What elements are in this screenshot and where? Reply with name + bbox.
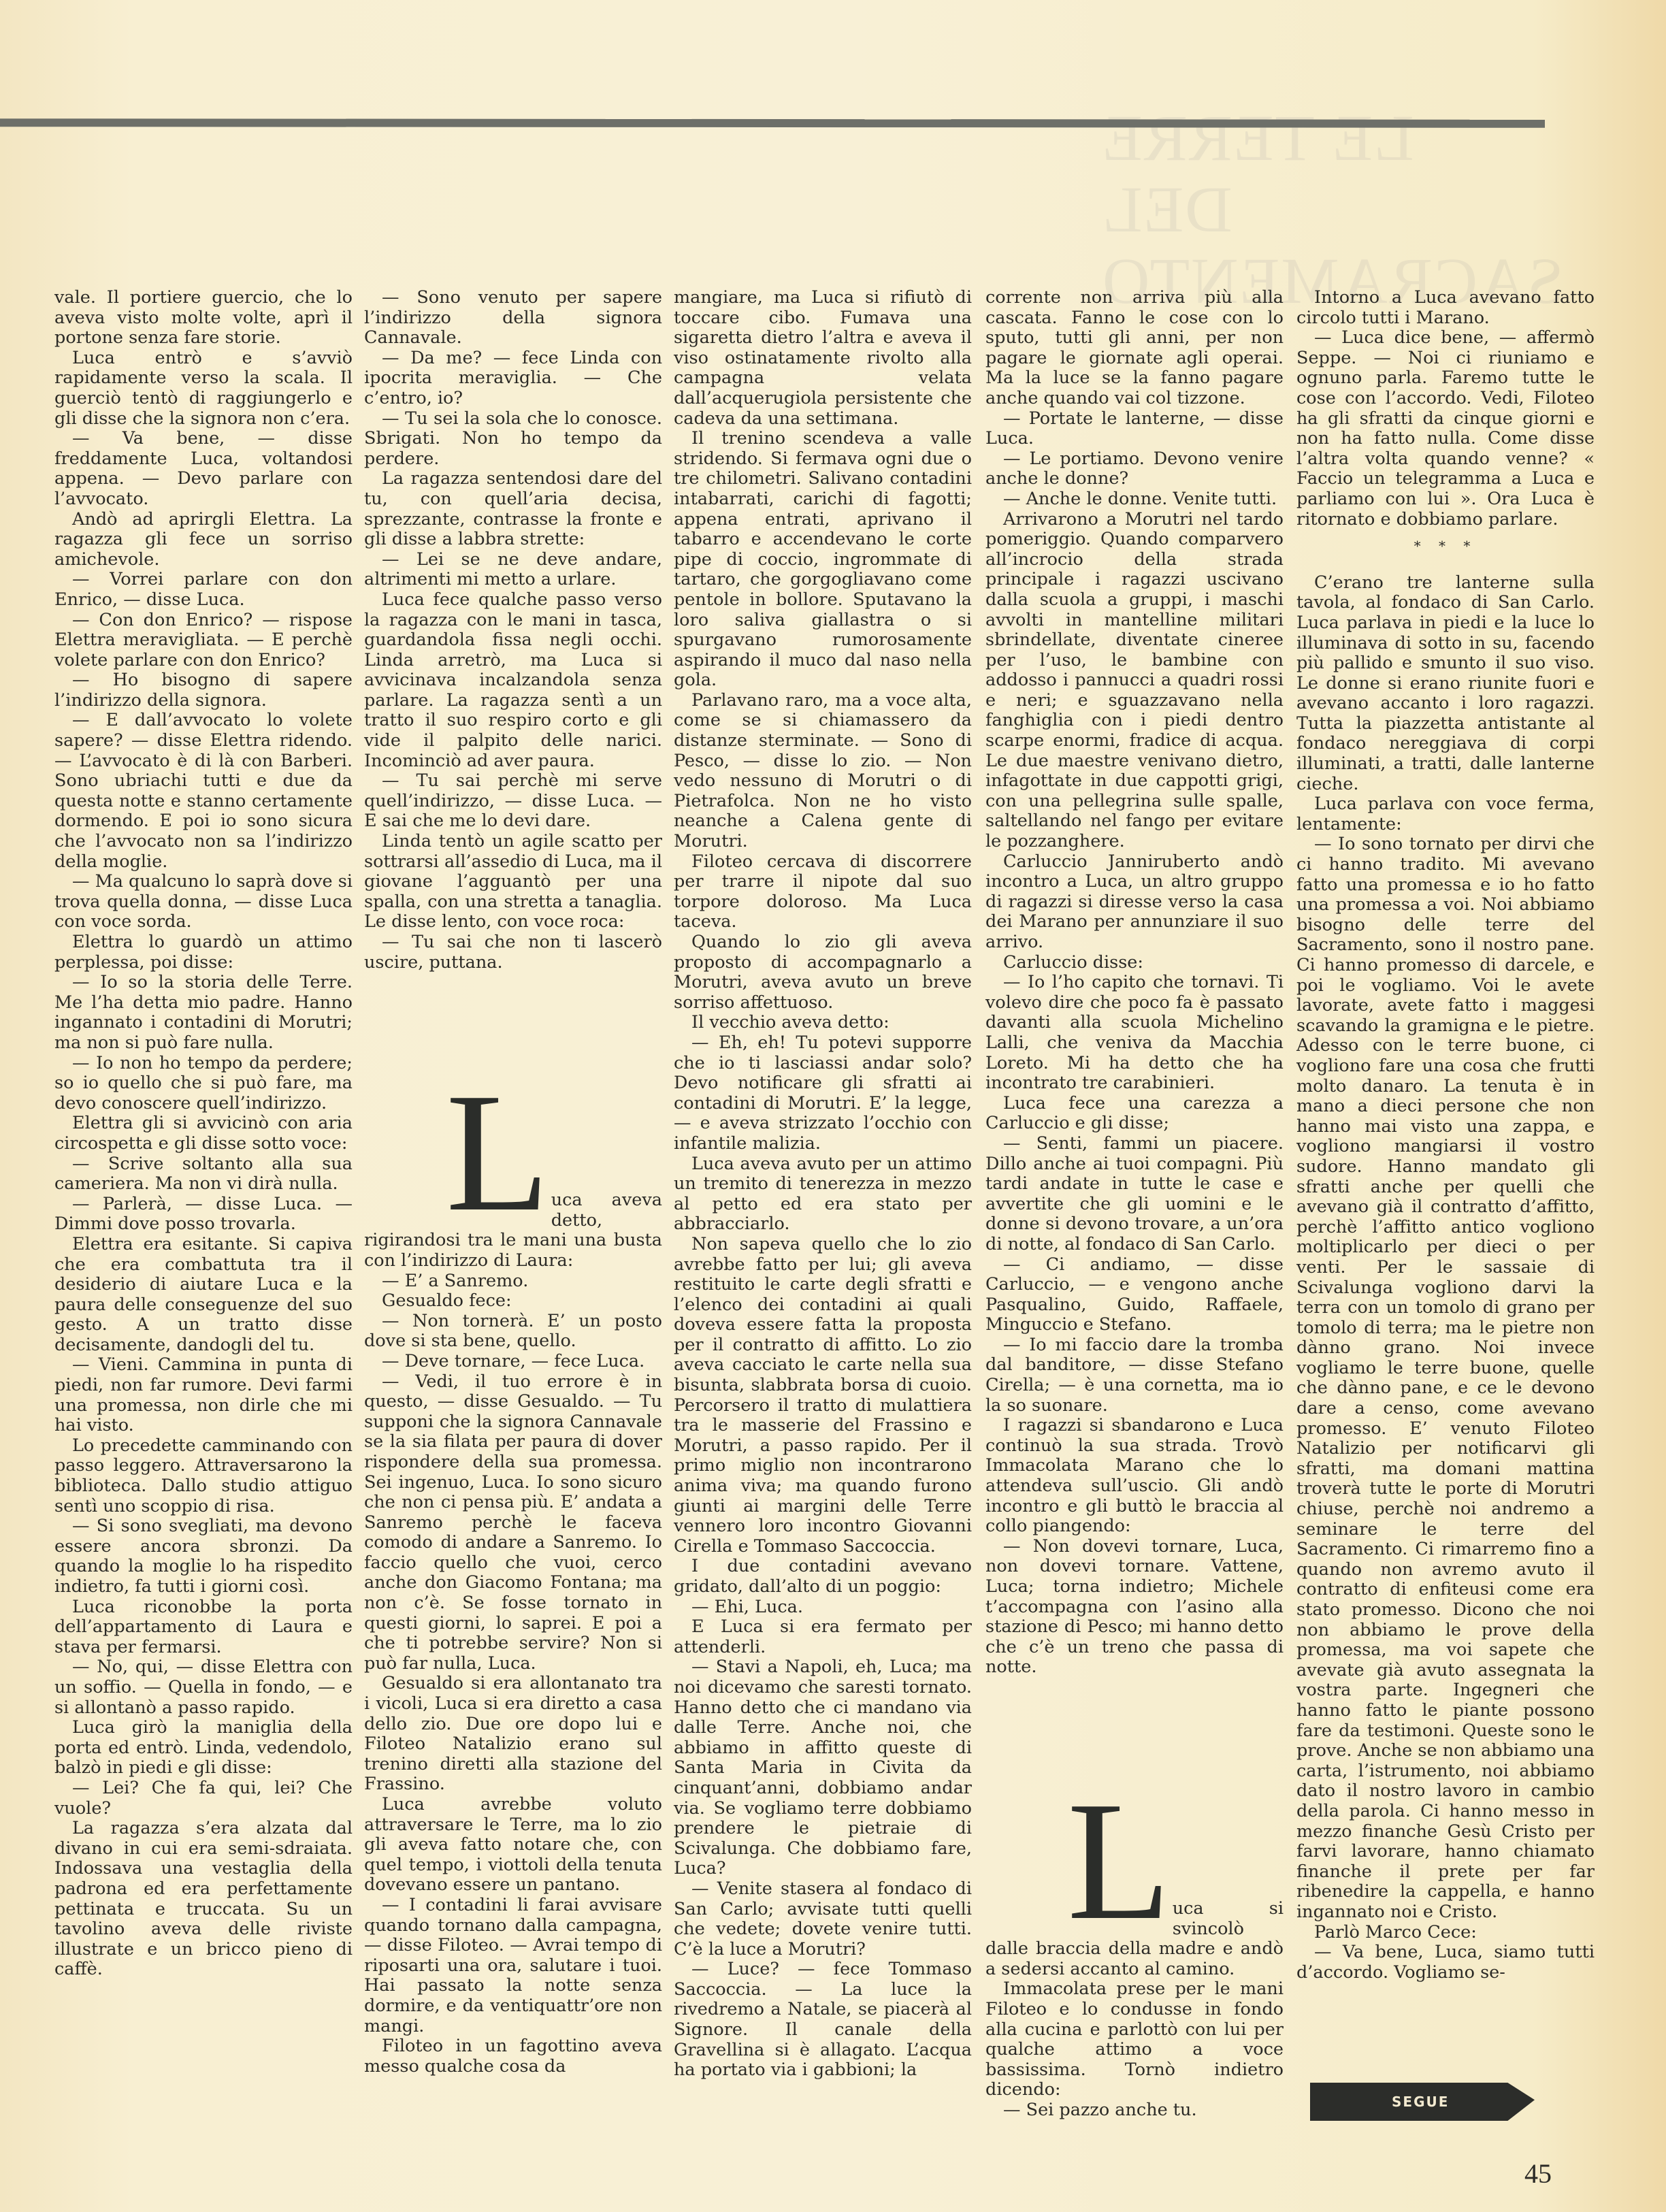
dropcap-paragraph: Luca si svincolò dalle braccia della mad…: [985, 1797, 1284, 1979]
paragraph: La ragazza sentendosi dare del tu, con q…: [364, 469, 662, 549]
paragraph: — Stavi a Napoli, eh, Luca; ma noi dicev…: [674, 1657, 972, 1879]
paragraph: — Deve tornare, — fece Luca.: [364, 1352, 662, 1372]
text-column-1: vale. Il portiere guercio, che lo aveva …: [54, 288, 353, 1980]
paragraph: — Anche le donne. Venite tutti.: [985, 489, 1284, 510]
paragraph: Immacolata prese per le mani Filoteo e l…: [985, 1979, 1284, 2100]
paragraph: — Tu sei la sola che lo conosce. Sbrigat…: [364, 409, 662, 470]
paragraph: — Lei se ne deve andare, altrimenti mi m…: [364, 550, 662, 590]
paragraph: Non sapeva quello che lo zio avrebbe fat…: [674, 1235, 972, 1557]
text-column-5: Intorno a Luca avevano fatto circolo tut…: [1296, 288, 1595, 1983]
paragraph: — Vieni. Cammina in punta di piedi, non …: [54, 1355, 353, 1435]
paragraph: Andò ad aprirgli Elettra. La ragazza gli…: [54, 510, 353, 570]
paragraph: — Non tornerà. E’ un posto dove si sta b…: [364, 1312, 662, 1352]
paragraph: — Io sono tornato per dirvi che ci hanno…: [1296, 834, 1595, 1922]
paragraph: — I contadini li farai avvisare quando t…: [364, 1896, 662, 2036]
section-separator: * * *: [1296, 536, 1595, 557]
paragraph: — No, qui, — disse Elettra con un soffio…: [54, 1657, 353, 1718]
dropcap-section: Luca aveva detto, rigirandosi tra le man…: [364, 1088, 662, 2077]
paragraph: mangiare, ma Luca si rifiutò di toccare …: [674, 288, 972, 429]
paragraph: — Luce? — fece Tommaso Saccoccia. — La l…: [674, 1959, 972, 2081]
paragraph: — Ho bisogno di sapere l’indirizzo della…: [54, 670, 353, 711]
bleed-through-title: LE TERRE DEL SACRAMENTO: [1101, 102, 1578, 316]
paragraph: — Senti, fammi un piacere. Dillo anche a…: [985, 1134, 1284, 1255]
paragraph: Linda tentò un agile scatto per sottrars…: [364, 832, 662, 932]
paragraph: — Io non ho tempo da perdere; so io quel…: [54, 1054, 353, 1114]
paragraph: Lo precedette camminando con passo legge…: [54, 1436, 353, 1516]
paragraph: Intorno a Luca avevano fatto circolo tut…: [1296, 288, 1595, 328]
paragraph: La ragazza s’era alzata dal divano in cu…: [54, 1819, 353, 1980]
paragraph: Luca fece una carezza a Carluccio e gli …: [985, 1094, 1284, 1134]
paragraph: Quando lo zio gli aveva proposto di acco…: [674, 932, 972, 1013]
paragraph: — Venite stasera al fondaco di San Carlo…: [674, 1879, 972, 1959]
drop-cap-letter: L: [446, 1088, 550, 1218]
paragraph: — Ci andiamo, — disse Carluccio, — e ven…: [985, 1255, 1284, 1335]
paragraph: — Vorrei parlare con don Enrico, — disse…: [54, 570, 353, 610]
paragraph: Filoteo in un fagottino aveva messo qual…: [364, 2036, 662, 2077]
drop-cap-letter: L: [1067, 1797, 1171, 1926]
paragraph: — Parlerà, — disse Luca. — Dimmi dove po…: [54, 1194, 353, 1235]
paragraph: — Io l’ho capito che tornavi. Ti volevo …: [985, 973, 1284, 1094]
paragraph: Il vecchio aveva detto:: [674, 1013, 972, 1033]
paragraph: — Sono venuto per sapere l’indirizzo del…: [364, 288, 662, 348]
paragraph: Parlavano raro, ma a voce alta, come se …: [674, 691, 972, 852]
paragraph: Carluccio disse:: [985, 953, 1284, 973]
header-rule: [0, 118, 1545, 128]
paragraph: — Va bene, Luca, siamo tutti d’accordo. …: [1296, 1942, 1595, 1983]
paragraph: — Sei pazzo anche tu.: [985, 2100, 1284, 2121]
paragraph: — Ehi, Luca.: [674, 1597, 972, 1618]
paragraph: Luca fece qualche passo verso la ragazza…: [364, 590, 662, 771]
paragraph: — Tu sai perchè mi serve quell’indirizzo…: [364, 771, 662, 832]
paragraph: — Si sono svegliati, ma devono essere an…: [54, 1516, 353, 1597]
paragraph: C’erano tre lanterne sulla tavola, al fo…: [1296, 573, 1595, 795]
paragraph: Elettra gli si avvicinò con aria circosp…: [54, 1113, 353, 1154]
paragraph: Luca entrò e s’avviò rapidamente verso l…: [54, 348, 353, 429]
text-column-4: corrente non arriva più alla cascata. Fa…: [985, 288, 1284, 2121]
paragraph: — Luca dice bene, — affermò Seppe. — Noi…: [1296, 328, 1595, 530]
dropcap-section: Luca si svincolò dalle braccia della mad…: [985, 1797, 1284, 2121]
paragraph: — Non dovevi tornare, Luca, non dovevi t…: [985, 1537, 1284, 1678]
paragraph: — Eh, eh! Tu potevi supporre che io ti l…: [674, 1033, 972, 1154]
continue-label: SEGUE: [1392, 2094, 1449, 2110]
continue-arrow-button[interactable]: SEGUE: [1310, 2083, 1535, 2121]
paragraph: — Io mi faccio dare la tromba dal bandit…: [985, 1335, 1284, 1416]
paragraph: — E dall’avvocato lo volete sapere? — di…: [54, 711, 353, 872]
paragraph: Luca parlava con voce ferma, lentamente:: [1296, 794, 1595, 834]
paragraph: Carluccio Janniruberto andò incontro a L…: [985, 852, 1284, 953]
paragraph: Gesualdo fece:: [364, 1291, 662, 1312]
paragraph: Luca girò la maniglia della porta ed ent…: [54, 1718, 353, 1778]
paragraph: — Scrive soltanto alla sua cameriera. Ma…: [54, 1154, 353, 1194]
paragraph: Elettra era esitante. Si capiva che era …: [54, 1235, 353, 1356]
paragraph: E Luca si era fermato per attenderli.: [674, 1617, 972, 1657]
dropcap-paragraph: Luca aveva detto, rigirandosi tra le man…: [364, 1088, 662, 1271]
paragraph: Parlò Marco Cece:: [1296, 1923, 1595, 1943]
paragraph: I ragazzi si sbandarono e Luca continuò …: [985, 1416, 1284, 1537]
paragraph: Luca aveva avuto per un attimo un tremit…: [674, 1154, 972, 1235]
text-column-3: mangiare, ma Luca si rifiutò di toccare …: [674, 288, 972, 2081]
paragraph: Luca avrebbe voluto attraversare le Terr…: [364, 1795, 662, 1896]
page-number: 45: [1524, 2158, 1552, 2190]
paragraph: — Da me? — fece Linda con ipocrita merav…: [364, 348, 662, 409]
paragraph: — Va bene, — disse freddamente Luca, vol…: [54, 429, 353, 509]
paragraph: corrente non arriva più alla cascata. Fa…: [985, 288, 1284, 409]
paragraph: — Le portiamo. Devono venire anche le do…: [985, 449, 1284, 489]
paragraph: — Ma qualcuno lo saprà dove si trova que…: [54, 872, 353, 932]
paragraph: I due contadini avevano gridato, dall’al…: [674, 1557, 972, 1597]
paragraph: — Con don Enrico? — rispose Elettra mera…: [54, 611, 353, 671]
paragraph: — Io so la storia delle Terre. Me l’ha d…: [54, 973, 353, 1053]
paragraph: — Tu sai che non ti lascerò uscire, putt…: [364, 932, 662, 973]
paragraph: Il trenino scendeva a valle stridendo. S…: [674, 429, 972, 691]
paragraph: Gesualdo si era allontanato tra i vicoli…: [364, 1674, 662, 1795]
paragraph: Elettra lo guardò un attimo perplessa, p…: [54, 932, 353, 973]
paragraph: Luca riconobbe la porta dell’appartament…: [54, 1597, 353, 1658]
paragraph: Arrivarono a Morutri nel tardo pomeriggi…: [985, 510, 1284, 852]
paragraph: — Lei? Che fa qui, lei? Che vuole?: [54, 1778, 353, 1819]
bleed-title-line-1: LE TERRE: [1101, 102, 1578, 174]
paragraph: Filoteo cercava di discorrere per trarre…: [674, 852, 972, 932]
paragraph: — Portate le lanterne, — disse Luca.: [985, 409, 1284, 449]
text-column-2: — Sono venuto per sapere l’indirizzo del…: [364, 288, 662, 2077]
paragraph: — E’ a Sanremo.: [364, 1271, 662, 1292]
paragraph: vale. Il portiere guercio, che lo aveva …: [54, 288, 353, 348]
paragraph: — Vedi, il tuo errore è in questo, — dis…: [364, 1372, 662, 1674]
